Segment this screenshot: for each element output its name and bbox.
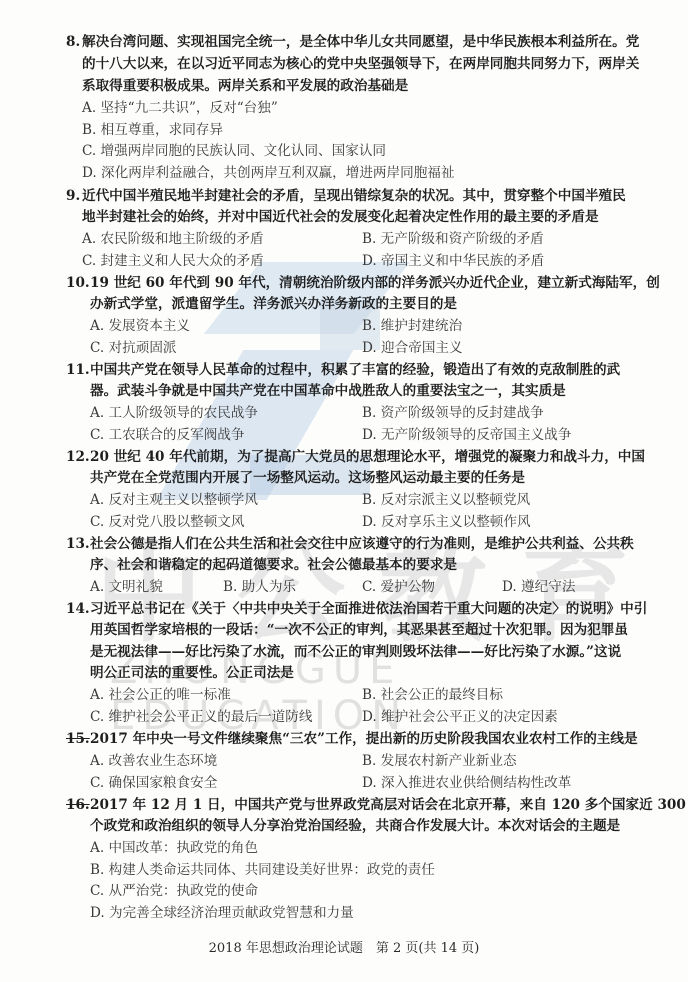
option-d: D. 为完善全球经济治理贡献政党智慧和力量	[90, 903, 354, 923]
option-c: C. 反对党八股以整顿文风	[90, 512, 245, 532]
option-c: C. 从严治党：执政党的使命	[90, 881, 258, 901]
option-b: B. 无产阶级和资产阶级的矛盾	[362, 229, 544, 249]
option-b: B. 构建人类命运共同体、共同建设美好世界：政党的责任	[90, 860, 435, 880]
option-d: D. 维护社会公平正义的决定因素	[362, 707, 558, 727]
question-number: 9.	[66, 186, 80, 206]
option-b: B. 发展农村新产业新业态	[362, 751, 517, 771]
option-d: D. 反对享乐主义以整顿作风	[362, 512, 531, 532]
option-c: C. 封建主义和人民大众的矛盾	[82, 251, 264, 271]
question-stem-line: 20 世纪 40 年代前期，为了提高广大党员的思想理论水平，增强党的凝聚力和战斗…	[90, 447, 645, 467]
question-number: 10.	[66, 273, 90, 293]
question-number: 8.	[66, 32, 80, 52]
option-d: D. 深入推进农业供给侧结构性改革	[362, 773, 571, 793]
question-stem-line: 个政党和政治组织的领导人分享治党治国经验，共商合作发展大计。本次对话会的主题是	[90, 816, 620, 836]
question-stem-line: 解决台湾问题、实现祖国完全统一，是全体中华儿女共同愿望，是中华民族根本利益所在。…	[82, 32, 639, 52]
question-stem-line: 2017 年 12 月 1 日，中国共产党与世界政党高层对话会在北京开幕，来自 …	[90, 795, 686, 815]
option-a: A. 文明礼貌	[90, 577, 163, 597]
question-stem-line: 是无视法律——好比污染了水流，而不公正的审判则毁坏法律——好比污染了水源。”这说	[90, 642, 621, 662]
option-b: B. 社会公正的最终目标	[362, 685, 503, 705]
option-b: B. 助人为乐	[223, 577, 296, 597]
question-stem-line: 共产党在全党范围内开展了一场整风运动。这场整风运动最主要的任务是	[90, 468, 525, 488]
question-stem-line: 地半封建社会的始终，并对中国近代社会的发展变化起着决定性作用的最主要的矛盾是	[82, 207, 599, 227]
question-number: 15.	[66, 729, 90, 749]
question-stem-line: 办新式学堂，派遣留学生。洋务派兴办洋务新政的主要目的是	[90, 294, 457, 314]
option-b: B. 相互尊重，求同存异	[82, 120, 223, 140]
option-d: D. 遵纪守法	[502, 577, 575, 597]
option-a: A. 农民阶级和地主阶级的矛盾	[82, 229, 264, 249]
option-d: D. 无产阶级领导的反帝国主义战争	[362, 425, 571, 445]
question-number: 14.	[66, 599, 90, 619]
question-stem-line: 中国共产党在领导人民革命的过程中，积累了丰富的经验，锻造出了有效的克敌制胜的武	[90, 360, 620, 380]
question-stem-line: 19 世纪 60 年代到 90 年代，清朝统治阶级内部的洋务派兴办近代企业，建立…	[90, 273, 660, 293]
option-b: B. 反对宗派主义以整顿党风	[362, 490, 530, 510]
option-a: A. 工人阶级领导的农民战争	[90, 403, 258, 423]
option-d: D. 帝国主义和中华民族的矛盾	[362, 251, 544, 271]
option-d: D. 迎合帝国主义	[362, 338, 463, 358]
option-d: D. 深化两岸利益融合，共创两岸互利双赢，增进两岸同胞福祉	[82, 163, 455, 183]
option-a: A. 社会公正的唯一标准	[90, 685, 231, 705]
question-number: 13.	[66, 534, 90, 554]
option-a: A. 反对主观主义以整顿学风	[90, 490, 258, 510]
option-b: B. 维护封建统治	[362, 316, 462, 336]
question-stem-line: 用英国哲学家培根的一段话：“一次不公正的审判，其恶果甚至超过十次犯罪。因为犯罪虽	[90, 620, 628, 640]
question-number: 11.	[66, 360, 90, 380]
question-stem-line: 习近平总书记在《关于〈中共中央关于全面推进依法治国若干重大问题的决定〉的说明》中…	[90, 599, 647, 619]
option-c: C. 对抗顽固派	[90, 338, 177, 358]
question-number: 12.	[66, 447, 90, 467]
question-stem-line: 序、社会和谐稳定的起码道德要求。社会公德最基本的要求是	[90, 555, 457, 575]
option-c: C. 工农联合的反军阀战争	[90, 425, 245, 445]
option-c: C. 增强两岸同胞的民族认同、文化认同、国家认同	[82, 141, 386, 161]
option-a: A. 坚持“九二共识”，反对“台独”	[82, 98, 278, 118]
option-a: A. 中国改革：执政党的角色	[90, 838, 258, 858]
question-stem-line: 器。武装斗争就是中国共产党在中国革命中战胜敌人的重要法宝之一，其实质是	[90, 381, 566, 401]
option-c: C. 确保国家粮食安全	[90, 773, 217, 793]
question-stem-line: 2017 年中央一号文件继续聚焦“三农”工作，提出新的历史阶段我国农业农村工作的…	[90, 729, 638, 749]
page-footer: 2018 年思想政治理论试题 第 2 页(共 14 页)	[0, 937, 688, 956]
question-stem-line: 近代中国半殖民地半封建社会的矛盾，呈现出错综复杂的状况。其中，贯穿整个中国半殖民	[82, 186, 626, 206]
question-stem-line: 社会公德是指人们在公共生活和社会交往中应该遵守的行为准则，是维护公共利益、公共秩	[90, 534, 634, 554]
question-number: 16.	[66, 795, 90, 815]
question-stem-line: 明公正司法的重要性。公正司法是	[90, 663, 294, 683]
option-c: C. 爱护公物	[362, 577, 435, 597]
option-b: B. 资产阶级领导的反封建战争	[362, 403, 544, 423]
question-stem-line: 的十八大以来，在以习近平同志为核心的党中央坚强领导下，在两岸同胞共同努力下，两岸…	[82, 54, 639, 74]
option-c: C. 维护社会公平正义的最后一道防线	[90, 707, 312, 727]
option-a: A. 改善农业生态环境	[90, 751, 217, 771]
option-a: A. 发展资本主义	[90, 316, 190, 336]
question-stem-line: 系取得重要积极成果。两岸关系和平发展的政治基础是	[82, 76, 408, 96]
